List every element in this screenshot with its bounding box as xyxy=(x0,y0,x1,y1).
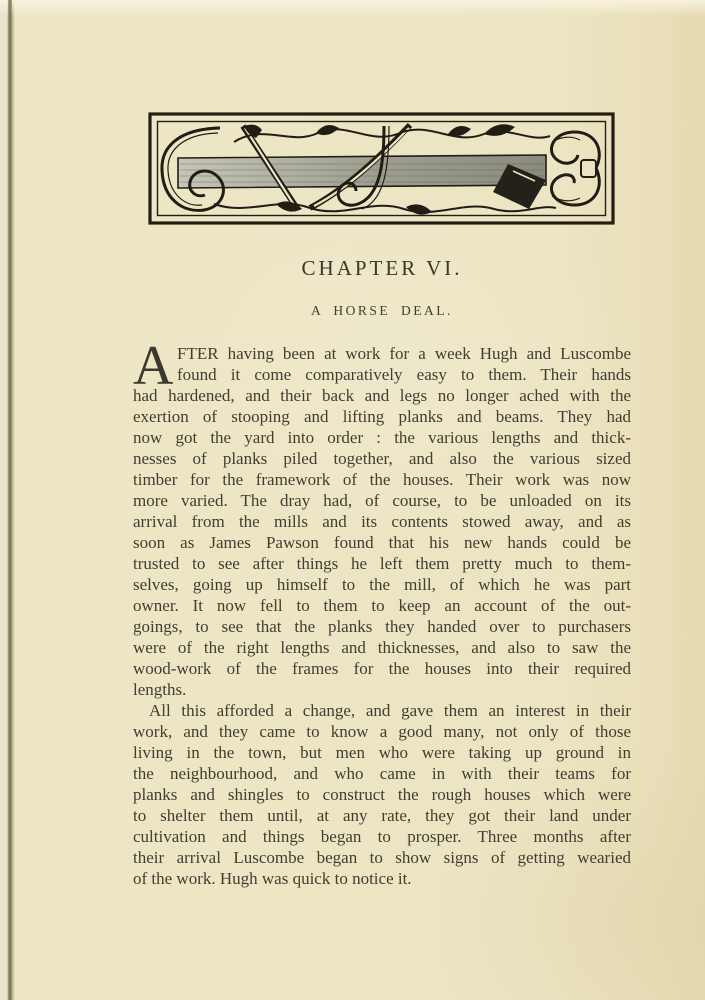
text-line: their arrival Luscombe began to show sig… xyxy=(133,847,631,868)
text-line: selves, going up himself to the mill, of… xyxy=(133,574,631,595)
text-line: soon as James Pawson found that his new … xyxy=(133,532,631,553)
text-line: nesses of planks piled together, and als… xyxy=(133,448,631,469)
text-line: found it come comparatively easy to them… xyxy=(133,364,631,385)
text-line: work, and they came to know a good many,… xyxy=(133,721,631,742)
text-line: exertion of stooping and lifting planks … xyxy=(133,406,631,427)
chapter-headpiece-ornament-icon xyxy=(148,112,615,225)
chapter-title: CHAPTER VI. xyxy=(133,256,631,281)
text-line: living in the town, but men who were tak… xyxy=(133,742,631,763)
body-text: A FTER having been at work for a week Hu… xyxy=(133,343,631,889)
text-line: the neighbourhood, and who came in with … xyxy=(133,763,631,784)
paragraph-2: All this afforded a change, and gave the… xyxy=(133,700,631,889)
page-binding-edge xyxy=(8,0,12,1000)
paragraph-1: A FTER having been at work for a week Hu… xyxy=(133,343,631,700)
text-line: lengths. xyxy=(133,679,631,700)
dropcap-letter: A xyxy=(133,343,177,385)
text-line: had hardened, and their back and legs no… xyxy=(133,385,631,406)
text-line: cultivation and things began to prosper.… xyxy=(133,826,631,847)
text-line: trusted to see after things he left them… xyxy=(133,553,631,574)
text-line: wood-work of the frames for the houses i… xyxy=(133,658,631,679)
text-line: owner. It now fell to them to keep an ac… xyxy=(133,595,631,616)
text-line: more varied. The dray had, of course, to… xyxy=(133,490,631,511)
text-line: All this afforded a change, and gave the… xyxy=(133,700,631,721)
text-line: of the work. Hugh was quick to notice it… xyxy=(133,868,631,889)
chapter-subtitle: A HORSE DEAL. xyxy=(133,303,631,319)
text-line: were of the right lengths and thicknesse… xyxy=(133,637,631,658)
text-line: goings, to see that the planks they hand… xyxy=(133,616,631,637)
text-line: FTER having been at work for a week Hugh… xyxy=(133,343,631,364)
text-line: timber for the framework of the houses. … xyxy=(133,469,631,490)
text-line: arrival from the mills and its contents … xyxy=(133,511,631,532)
text-line: now got the yard into order : the variou… xyxy=(133,427,631,448)
text-line: to shelter them until, at any rate, they… xyxy=(133,805,631,826)
text-line: planks and shingles to construct the rou… xyxy=(133,784,631,805)
